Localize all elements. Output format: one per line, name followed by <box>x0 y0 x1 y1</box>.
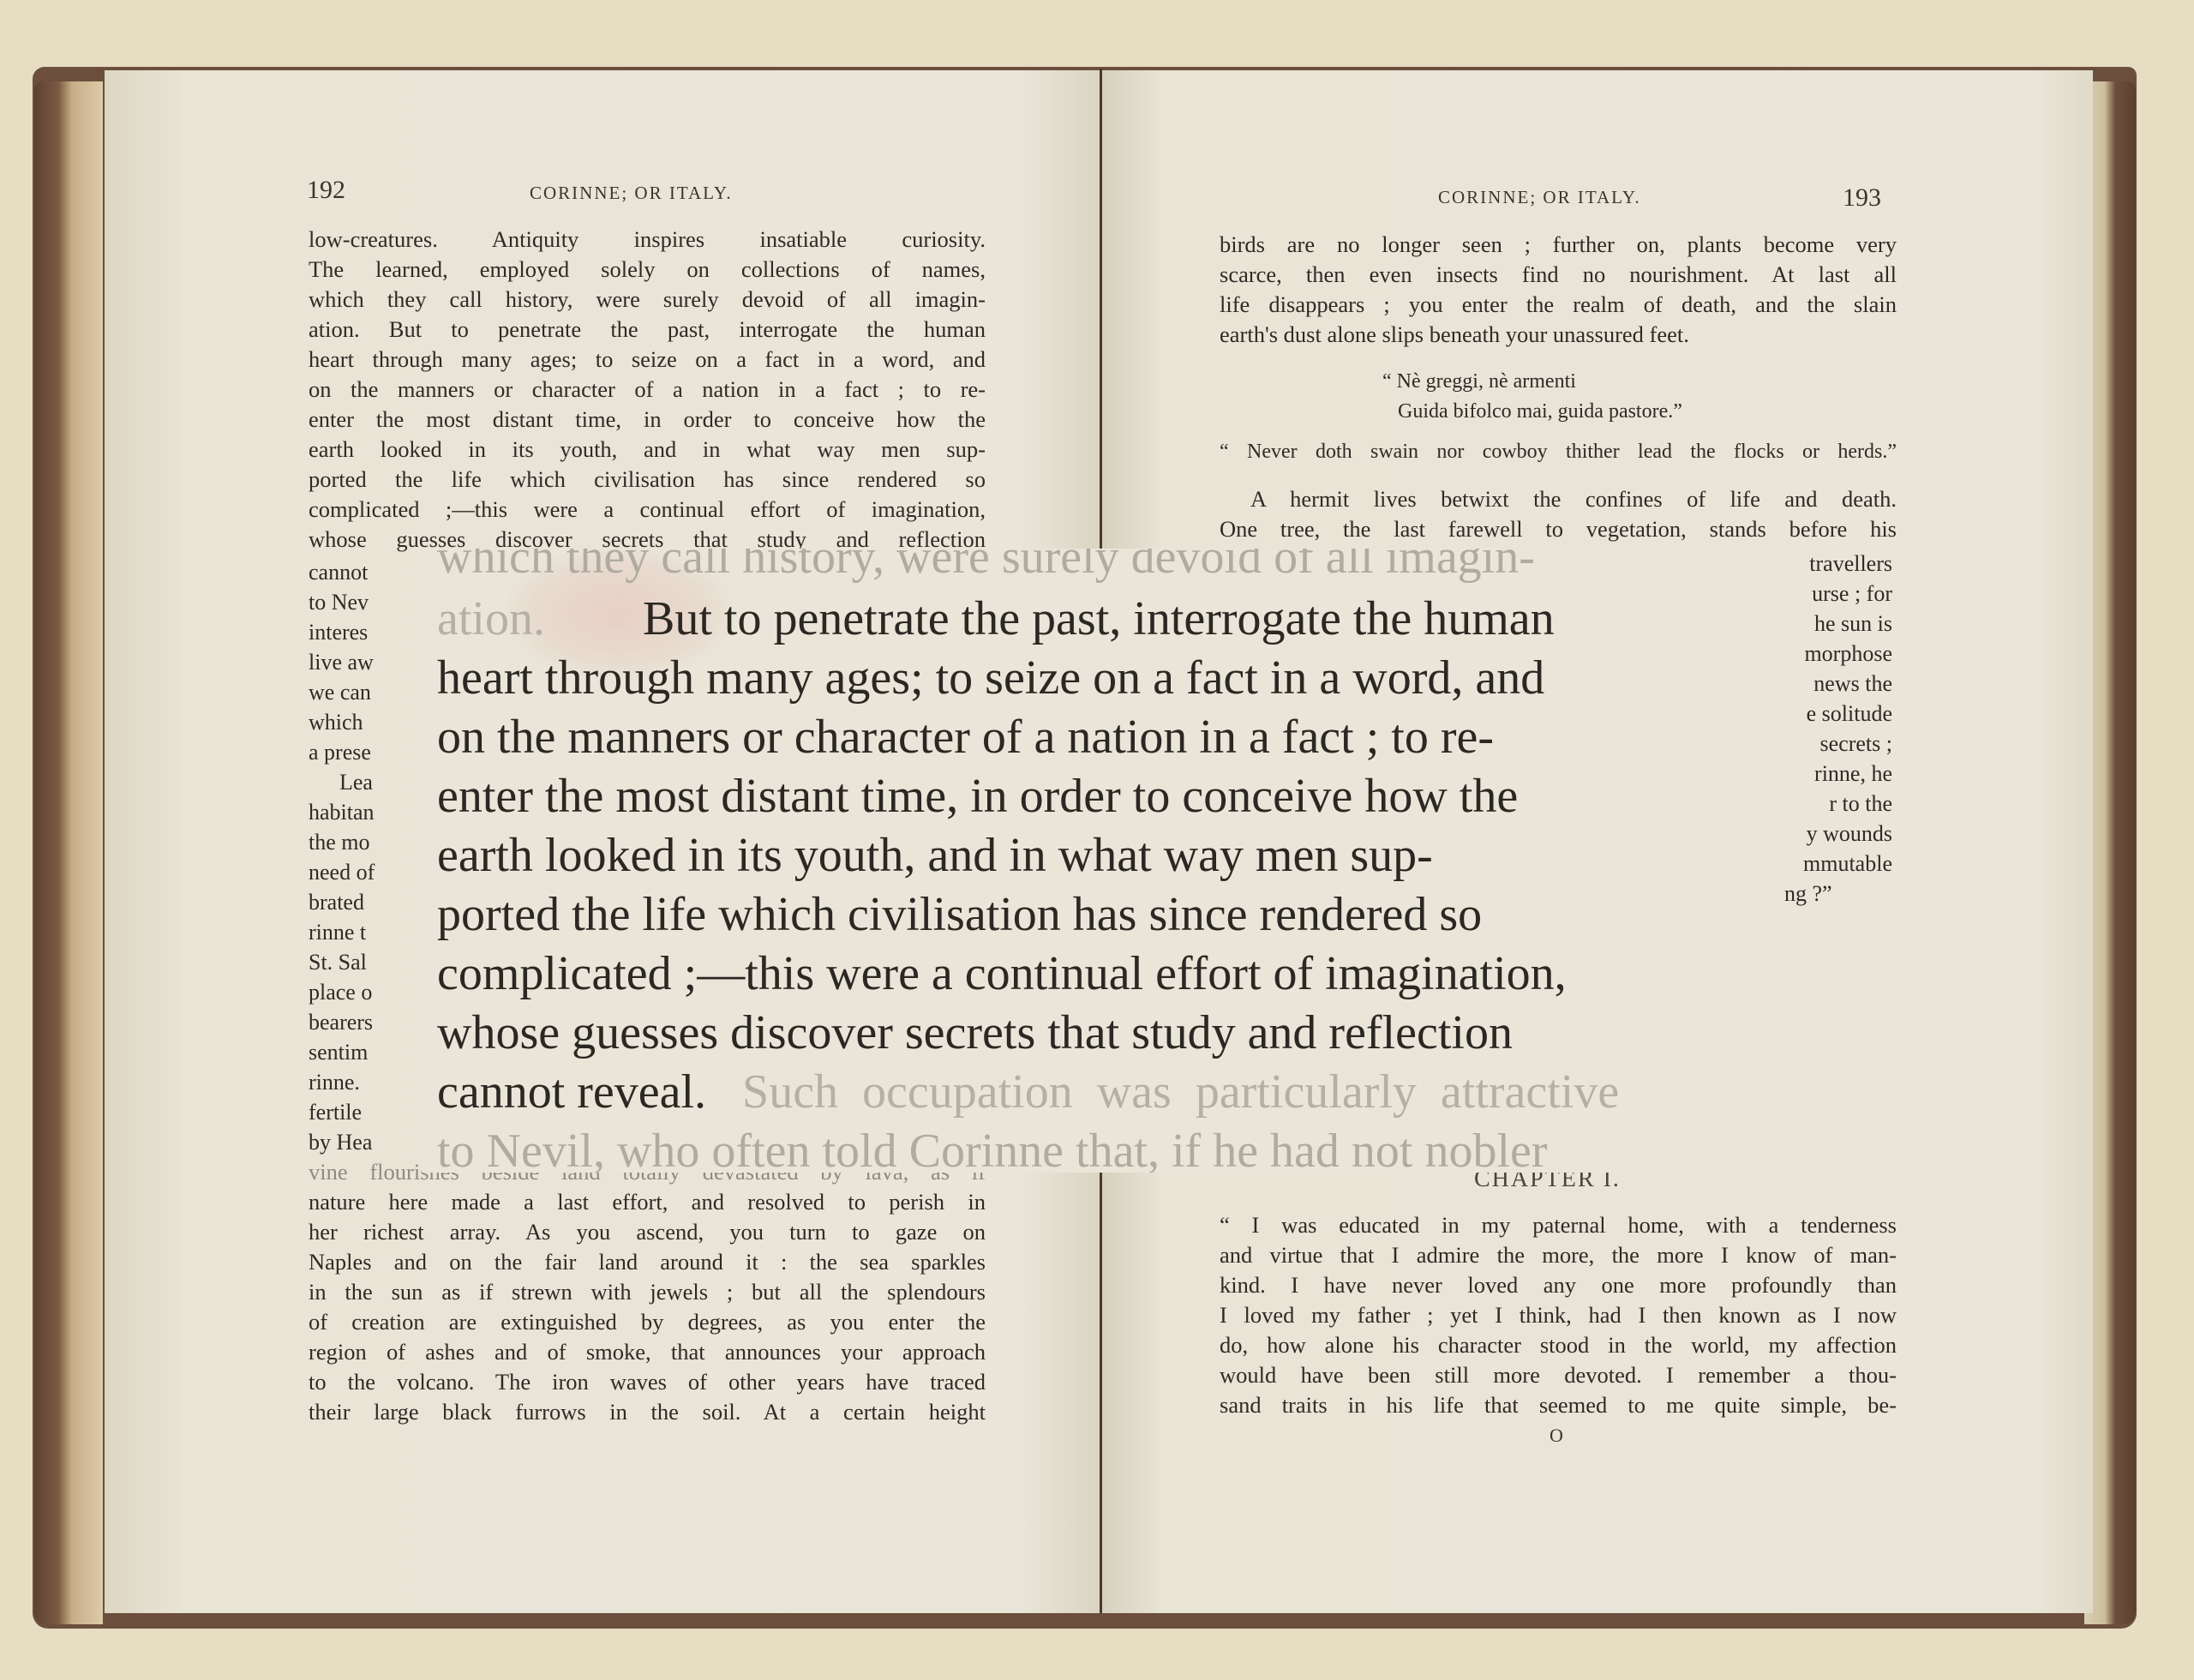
fragment: brated <box>309 887 394 917</box>
fragment: which <box>309 707 394 737</box>
right-page-text-top: birds are no longer seen ; further on, p… <box>1220 230 1897 350</box>
text-line: The learned, employed solely on collecti… <box>309 255 986 285</box>
fragment: place o <box>309 977 394 1007</box>
fragment: we can <box>309 677 394 707</box>
fragment: a prese <box>309 737 394 767</box>
left-column-fragments: cannot to Nev interes live aw we can whi… <box>309 557 394 1157</box>
fragment: y wounds <box>1767 819 1892 849</box>
fragment: live aw <box>309 647 394 677</box>
magnified-text: cannot reveal. <box>437 1065 706 1119</box>
text-line: their large black furrows in the soil. A… <box>309 1397 986 1427</box>
magnified-faded-text: Such occupation was particularly attract… <box>718 1065 1619 1119</box>
verse-translation: “ Never doth swain nor cowboy thither le… <box>1220 437 1897 467</box>
magnified-line: enter the most distant time, in order to… <box>437 769 1757 824</box>
fragment: interes <box>309 617 394 647</box>
book-left-edge <box>34 81 103 1624</box>
text-line: One tree, the last farewell to vegetatio… <box>1220 514 1897 544</box>
magnified-text-overlay: which they call history, were surely dev… <box>422 549 1765 1173</box>
fragment: news the <box>1767 669 1892 699</box>
fragment: St. Sal <box>309 947 394 977</box>
text-line: kind. I have never loved any one more pr… <box>1220 1270 1897 1300</box>
magnified-line: earth looked in its youth, and in what w… <box>437 828 1757 883</box>
text-line: birds are no longer seen ; further on, p… <box>1220 230 1897 260</box>
text-line: which they call history, were surely dev… <box>309 285 986 315</box>
text-line: enter the most distant time, in order to… <box>309 405 986 435</box>
magnified-text: But to penetrate the past, interrogate t… <box>557 592 1555 645</box>
left-page-number: 192 <box>307 176 345 205</box>
fragment: cannot <box>309 557 394 587</box>
fragment: by Hea <box>309 1127 394 1157</box>
fragment: to Nev <box>309 587 394 617</box>
text-line: in the sun as if strewn with jewels ; bu… <box>309 1277 986 1307</box>
right-page-text-mid: A hermit lives betwixt the confines of l… <box>1220 484 1897 544</box>
fragment: rinne, he <box>1767 759 1892 789</box>
chapter-text: “ I was educated in my paternal home, wi… <box>1220 1210 1897 1420</box>
text-line: and virtue that I admire the more, the m… <box>1220 1240 1897 1270</box>
magnified-line: complicated ;—this were a continual effo… <box>437 946 1757 1001</box>
fragment: secrets ; <box>1767 729 1892 759</box>
fragment: travellers <box>1767 549 1892 579</box>
fragment: fertile <box>309 1097 394 1127</box>
text-line: “ I was educated in my paternal home, wi… <box>1220 1210 1897 1240</box>
magnified-line: whose guesses discover secrets that stud… <box>437 1005 1757 1060</box>
fragment: he sun is <box>1767 609 1892 639</box>
right-column-fragments: travellers urse ; for he sun is morphose… <box>1767 549 1892 909</box>
fragment: the mo <box>309 827 394 857</box>
text-line: I loved my father ; yet I think, had I t… <box>1220 1300 1897 1330</box>
text-line: heart through many ages; to seize on a f… <box>309 345 986 375</box>
fragment: sentim <box>309 1037 394 1067</box>
text-line: would have been still more devoted. I re… <box>1220 1360 1897 1390</box>
text-line: ported the life which civilisation has s… <box>309 465 986 495</box>
right-page-number: 193 <box>1843 183 1881 213</box>
fragment: rinne. <box>309 1067 394 1097</box>
fragment: Lea <box>309 767 394 797</box>
magnified-faded-top-line: which they call history, were surely dev… <box>437 549 1757 585</box>
fragment: need of <box>309 857 394 887</box>
text-line: life disappears ; you enter the realm of… <box>1220 290 1897 320</box>
magnified-line: on the manners or character of a nation … <box>437 710 1757 765</box>
text-line: low-creatures. Antiquity inspires insati… <box>309 225 986 255</box>
text-line: ation. But to penetrate the past, interr… <box>309 315 986 345</box>
text-line: her richest array. As you ascend, you tu… <box>309 1217 986 1247</box>
text-line: of creation are extinguished by degrees,… <box>309 1307 986 1337</box>
text-line: complicated ;—this were a continual effo… <box>309 495 986 525</box>
fragment: urse ; for <box>1767 579 1892 609</box>
left-page-text-top: low-creatures. Antiquity inspires insati… <box>309 225 986 555</box>
signature-mark: O <box>1550 1425 1563 1447</box>
text-line: scarce, then even insects find no nouris… <box>1220 260 1897 290</box>
right-running-head: CORINNE; OR ITALY. <box>1438 187 1641 208</box>
magnified-faded-word: ation. <box>437 592 545 645</box>
translation-line: “ Never doth swain nor cowboy thither le… <box>1220 437 1897 467</box>
text-line: region of ashes and of smoke, that annou… <box>309 1337 986 1367</box>
italian-verse: “ Nè greggi, nè armenti Guida bifolco ma… <box>1220 367 2059 427</box>
text-line: sand traits in his life that seemed to m… <box>1220 1390 1897 1420</box>
fragment: habitan <box>309 797 394 827</box>
magnified-line-1: ation. But to penetrate the past, interr… <box>437 591 1757 646</box>
verse-line: “ Nè greggi, nè armenti <box>1382 367 2059 397</box>
fragment: e solitude <box>1767 699 1892 729</box>
text-line: to the volcano. The iron waves of other … <box>309 1367 986 1397</box>
magnified-line: ported the life which civilisation has s… <box>437 887 1757 942</box>
fragment: ng ?” <box>1767 879 1892 909</box>
text-line: on the manners or character of a nation … <box>309 375 986 405</box>
fragment: r to the <box>1767 789 1892 819</box>
left-page-text-bottom: vine flourishes beside land totally deva… <box>309 1157 986 1427</box>
magnified-line: heart through many ages; to seize on a f… <box>437 651 1757 705</box>
text-line: do, how alone his character stood in the… <box>1220 1330 1897 1360</box>
fragment: bearers <box>309 1007 394 1037</box>
magnified-last-line: cannot reveal. Such occupation was parti… <box>437 1065 1757 1119</box>
text-line: Naples and on the fair land around it : … <box>309 1247 986 1277</box>
fragment: morphose <box>1767 639 1892 669</box>
text-line: nature here made a last effort, and reso… <box>309 1187 986 1217</box>
fragment: rinne t <box>309 917 394 947</box>
text-line: earth looked in its youth, and in what w… <box>309 435 986 465</box>
left-running-head: CORINNE; OR ITALY. <box>530 183 733 204</box>
verse-line: Guida bifolco mai, guida pastore.” <box>1382 397 2059 427</box>
text-line: A hermit lives betwixt the confines of l… <box>1220 484 1897 514</box>
fragment: mmutable <box>1767 849 1892 879</box>
magnified-faded-bottom-line: to Nevil, who often told Corinne that, i… <box>437 1124 1757 1173</box>
text-line: earth's dust alone slips beneath your un… <box>1220 320 1897 350</box>
